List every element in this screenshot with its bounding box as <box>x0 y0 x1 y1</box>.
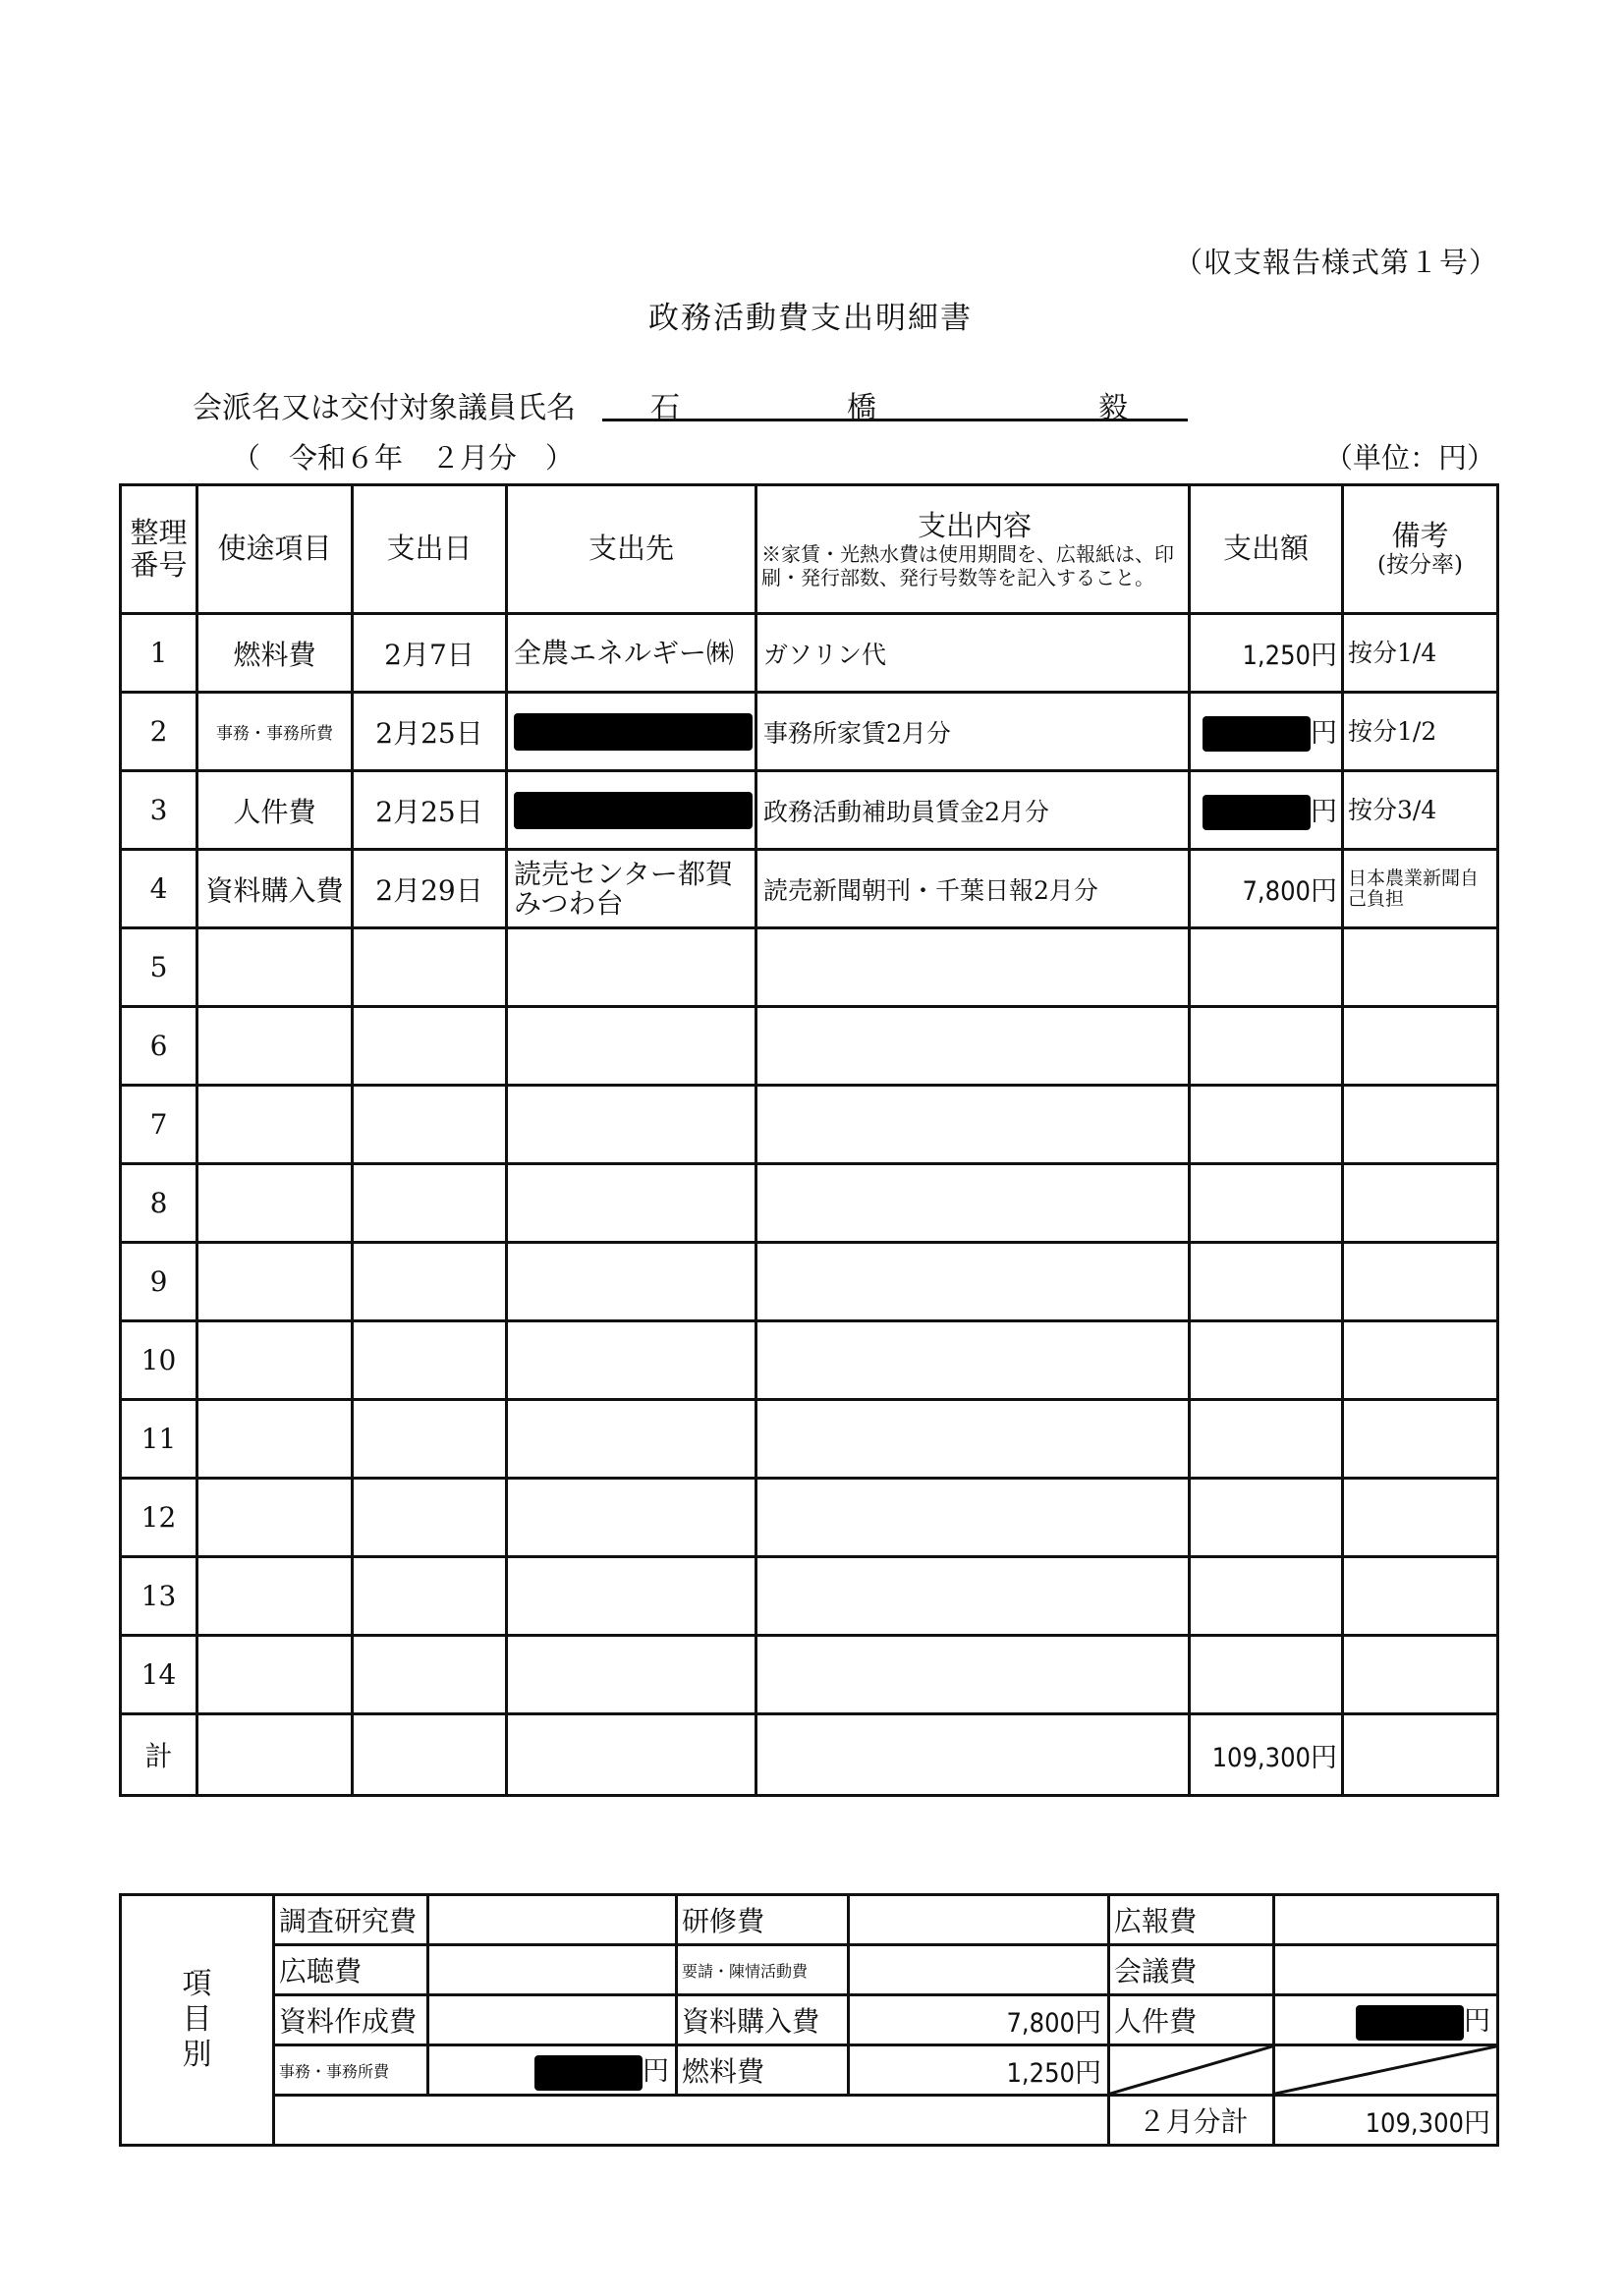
row-purpose <box>197 1636 353 1714</box>
row-purpose <box>197 1243 353 1321</box>
table-row: 13 <box>121 1557 1498 1636</box>
summary-value-redacted: 円 <box>1274 1995 1498 2045</box>
row-number: 1 <box>121 614 197 693</box>
row-date <box>353 1164 507 1243</box>
row-content: 事務所家賃2月分 <box>756 693 1190 771</box>
row-number: 10 <box>121 1321 197 1400</box>
row-content <box>756 928 1190 1007</box>
member-name-part: 橋 <box>847 383 876 426</box>
row-purpose <box>197 1321 353 1400</box>
row-purpose <box>197 1479 353 1557</box>
row-content <box>756 1557 1190 1636</box>
summary-value <box>428 1895 677 1945</box>
total-amount: 109,300円 <box>1190 1714 1343 1796</box>
row-content <box>756 1007 1190 1086</box>
summary-value: 1,250円 <box>849 2045 1109 2096</box>
row-payee <box>507 1321 756 1400</box>
row-number: 2 <box>121 693 197 771</box>
row-payee <box>507 1243 756 1321</box>
table-row: 2事務・事務所費2月25日事務所家賃2月分円按分1/2 <box>121 693 1498 771</box>
row-payee <box>507 1557 756 1636</box>
summary-value <box>849 1895 1109 1945</box>
header-payee: 支出先 <box>507 485 756 614</box>
summary-label: 広報費 <box>1109 1895 1274 1945</box>
row-date <box>353 1086 507 1164</box>
category-summary-table: 項目別 調査研究費 研修費 広報費 広聴費 要請・陳情活動費 会議費 資料作成費… <box>119 1893 1499 2147</box>
row-amount <box>1190 1086 1343 1164</box>
form-number: （収支報告様式第１号） <box>1174 241 1498 281</box>
report-period: （ 令和６年 ２月分 ） <box>232 436 574 476</box>
summary-label: 要請・陳情活動費 <box>677 1945 849 1995</box>
header-no: 整理番号 <box>121 485 197 614</box>
month-total-label: ２月分計 <box>1109 2096 1274 2146</box>
table-row: 4資料購入費2月29日読売センター都賀みつわ台読売新聞朝刊・千葉日報2月分7,8… <box>121 850 1498 928</box>
row-purpose <box>197 928 353 1007</box>
row-purpose <box>197 1164 353 1243</box>
row-amount <box>1190 928 1343 1007</box>
row-note: 按分1/2 <box>1343 693 1498 771</box>
row-payee <box>507 1086 756 1164</box>
row-content <box>756 1636 1190 1714</box>
row-date: 2月25日 <box>353 693 507 771</box>
row-amount: 円 <box>1190 693 1343 771</box>
summary-label: 広聴費 <box>274 1945 428 1995</box>
summary-label: 会議費 <box>1109 1945 1274 1995</box>
header-amount: 支出額 <box>1190 485 1343 614</box>
table-header-row: 整理番号 使途項目 支出日 支出先 支出内容 ※家賃・光熱水費は使用期間を、広報… <box>121 485 1498 614</box>
row-purpose <box>197 1086 353 1164</box>
member-label: 会派名又は交付対象議員氏名 <box>193 383 576 426</box>
total-blank-cell <box>507 1714 756 1796</box>
row-note <box>1343 928 1498 1007</box>
row-payee <box>507 928 756 1007</box>
summary-label: 事務・事務所費 <box>274 2045 428 2096</box>
row-amount <box>1190 1400 1343 1479</box>
row-payee <box>507 1479 756 1557</box>
row-purpose: 資料購入費 <box>197 850 353 928</box>
row-number: 14 <box>121 1636 197 1714</box>
row-payee <box>507 1164 756 1243</box>
row-date: 2月29日 <box>353 850 507 928</box>
row-content <box>756 1243 1190 1321</box>
summary-value <box>428 1945 677 1995</box>
summary-value: 7,800円 <box>849 1995 1109 2045</box>
row-date <box>353 928 507 1007</box>
diagonal-strike-cell <box>1274 2045 1498 2096</box>
row-content <box>756 1086 1190 1164</box>
row-amount: 1,250円 <box>1190 614 1343 693</box>
row-note <box>1343 1164 1498 1243</box>
row-number: 11 <box>121 1400 197 1479</box>
redaction-block <box>534 2055 643 2091</box>
row-number: 4 <box>121 850 197 928</box>
row-payee <box>507 693 756 771</box>
redaction-block <box>1356 2005 1464 2041</box>
redaction-block <box>514 713 753 751</box>
row-date: 2月25日 <box>353 771 507 850</box>
summary-value <box>1274 1895 1498 1945</box>
row-purpose: 事務・事務所費 <box>197 693 353 771</box>
row-number: 3 <box>121 771 197 850</box>
row-purpose <box>197 1400 353 1479</box>
summary-label: 資料購入費 <box>677 1995 849 2045</box>
summary-label: 資料作成費 <box>274 1995 428 2045</box>
document-title: 政務活動費支出明細書 <box>648 293 973 337</box>
row-number: 5 <box>121 928 197 1007</box>
row-number: 7 <box>121 1086 197 1164</box>
total-blank-cell <box>1343 1714 1498 1796</box>
expense-detail-table: 整理番号 使途項目 支出日 支出先 支出内容 ※家賃・光熱水費は使用期間を、広報… <box>119 483 1499 1797</box>
row-date: 2月7日 <box>353 614 507 693</box>
row-number: 12 <box>121 1479 197 1557</box>
row-content: ガソリン代 <box>756 614 1190 693</box>
row-amount <box>1190 1479 1343 1557</box>
row-payee <box>507 1007 756 1086</box>
header-content: 支出内容 ※家賃・光熱水費は使用期間を、広報紙は、印刷・発行部数、発行号数等を記… <box>756 485 1190 614</box>
row-content <box>756 1321 1190 1400</box>
redaction-block <box>1203 795 1311 830</box>
member-name-part: 石 <box>650 383 680 426</box>
table-row: 9 <box>121 1243 1498 1321</box>
row-note: 按分1/4 <box>1343 614 1498 693</box>
row-amount: 円 <box>1190 771 1343 850</box>
table-row: 5 <box>121 928 1498 1007</box>
table-row: 8 <box>121 1164 1498 1243</box>
table-row: 7 <box>121 1086 1498 1164</box>
total-blank-cell <box>197 1714 353 1796</box>
header-note: 備考 (按分率) <box>1343 485 1498 614</box>
total-blank-cell <box>756 1714 1190 1796</box>
header-date: 支出日 <box>353 485 507 614</box>
row-note <box>1343 1557 1498 1636</box>
row-payee <box>507 771 756 850</box>
row-date <box>353 1400 507 1479</box>
row-note <box>1343 1243 1498 1321</box>
row-amount: 7,800円 <box>1190 850 1343 928</box>
row-amount <box>1190 1164 1343 1243</box>
row-content <box>756 1479 1190 1557</box>
row-payee: 全農エネルギー㈱ <box>507 614 756 693</box>
row-note <box>1343 1400 1498 1479</box>
table-row: 12 <box>121 1479 1498 1557</box>
table-row: 10 <box>121 1321 1498 1400</box>
unit-label: （単位：円） <box>1324 436 1495 476</box>
row-number: 6 <box>121 1007 197 1086</box>
redaction-block <box>1203 716 1311 752</box>
row-purpose <box>197 1007 353 1086</box>
table-total-row: 計109,300円 <box>121 1714 1498 1796</box>
diagonal-strike-cell <box>1109 2045 1274 2096</box>
row-date <box>353 1007 507 1086</box>
table-row: 11 <box>121 1400 1498 1479</box>
member-name-part: 毅 <box>1098 383 1128 426</box>
summary-label: 燃料費 <box>677 2045 849 2096</box>
summary-blank-cell <box>274 2096 1109 2146</box>
row-date <box>353 1243 507 1321</box>
row-note: 日本農業新聞自己負担 <box>1343 850 1498 928</box>
row-note <box>1343 1086 1498 1164</box>
row-amount <box>1190 1557 1343 1636</box>
row-content: 読売新聞朝刊・千葉日報2月分 <box>756 850 1190 928</box>
header-content-note: ※家賃・光熱水費は使用期間を、広報紙は、印刷・発行部数、発行号数等を記入すること… <box>761 542 1174 589</box>
row-content: 政務活動補助員賃金2月分 <box>756 771 1190 850</box>
row-payee <box>507 1400 756 1479</box>
row-note <box>1343 1321 1498 1400</box>
row-note <box>1343 1636 1498 1714</box>
summary-value <box>428 1995 677 2045</box>
summary-value <box>849 1945 1109 1995</box>
row-purpose: 人件費 <box>197 771 353 850</box>
summary-side-label: 項目別 <box>121 1895 274 2146</box>
row-number: 9 <box>121 1243 197 1321</box>
summary-value-redacted: 円 <box>428 2045 677 2096</box>
summary-label: 人件費 <box>1109 1995 1274 2045</box>
summary-value <box>1274 1945 1498 1995</box>
total-label: 計 <box>121 1714 197 1796</box>
row-note: 按分3/4 <box>1343 771 1498 850</box>
table-row: 6 <box>121 1007 1498 1086</box>
row-amount <box>1190 1243 1343 1321</box>
row-date <box>353 1557 507 1636</box>
row-note <box>1343 1479 1498 1557</box>
row-purpose: 燃料費 <box>197 614 353 693</box>
row-purpose <box>197 1557 353 1636</box>
row-date <box>353 1479 507 1557</box>
total-blank-cell <box>353 1714 507 1796</box>
month-total-value: 109,300円 <box>1274 2096 1498 2146</box>
row-date <box>353 1636 507 1714</box>
row-content <box>756 1400 1190 1479</box>
row-note <box>1343 1007 1498 1086</box>
row-payee: 読売センター都賀みつわ台 <box>507 850 756 928</box>
row-amount <box>1190 1007 1343 1086</box>
table-row: 3人件費2月25日政務活動補助員賃金2月分円按分3/4 <box>121 771 1498 850</box>
summary-label: 調査研究費 <box>274 1895 428 1945</box>
summary-label: 研修費 <box>677 1895 849 1945</box>
row-number: 8 <box>121 1164 197 1243</box>
table-row: 14 <box>121 1636 1498 1714</box>
row-content <box>756 1164 1190 1243</box>
row-amount <box>1190 1636 1343 1714</box>
table-row: 1燃料費2月7日全農エネルギー㈱ガソリン代1,250円按分1/4 <box>121 614 1498 693</box>
row-number: 13 <box>121 1557 197 1636</box>
header-purpose: 使途項目 <box>197 485 353 614</box>
row-amount <box>1190 1321 1343 1400</box>
row-date <box>353 1321 507 1400</box>
row-payee <box>507 1636 756 1714</box>
redaction-block <box>514 792 753 829</box>
